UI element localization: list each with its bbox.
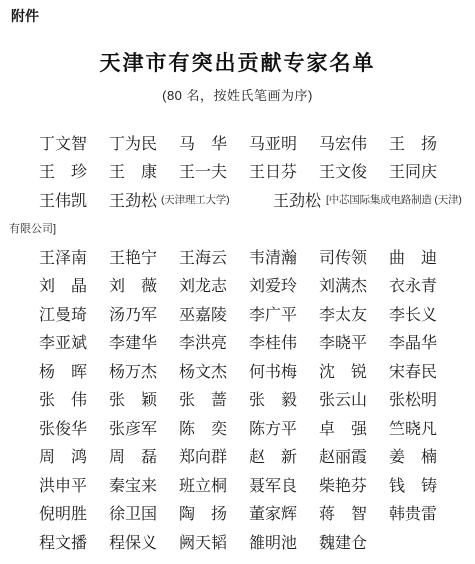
expert-name: 竺晓凡 [389, 416, 437, 439]
expert-name: 刘满杰 [319, 273, 367, 296]
expert-name: 宋春民 [389, 359, 437, 382]
expert-name: 王一夫 [179, 159, 227, 182]
expert-name: 周 鸿 [39, 444, 87, 467]
expert-name: 王 珍 [39, 159, 87, 182]
expert-name: 王泽南 [39, 245, 87, 268]
affiliation-note: (天津理工大学) [161, 192, 239, 207]
name-row: 王泽南王艳宁王海云韦清瀚司传领曲 迪 [39, 242, 437, 271]
expert-name: 韦清瀚 [249, 245, 297, 268]
expert-name: 程文播 [39, 530, 87, 553]
expert-name: 刘 晶 [39, 273, 87, 296]
expert-name: 沈 锐 [319, 359, 367, 382]
name-row: 王 珍王 康王一夫王日芬王文俊王同庆 [39, 157, 437, 186]
expert-name: 陶 扬 [179, 501, 227, 524]
expert-name: 李桂伟 [249, 330, 297, 353]
expert-name: 王海云 [179, 245, 227, 268]
expert-name: 李建华 [109, 330, 157, 353]
expert-name: 张云山 [319, 387, 367, 410]
expert-name: 秦宝来 [109, 473, 157, 496]
expert-name: 张 颖 [109, 387, 157, 410]
expert-name: 张彦军 [109, 416, 157, 439]
name-row: 周 鸿周 磊郑向群赵 新赵丽霞姜 楠 [39, 442, 437, 471]
attachment-label: 附件 [0, 0, 475, 25]
expert-name: 李晶华 [389, 330, 437, 353]
expert-name: 蒋 智 [319, 501, 367, 524]
expert-name: 江曼琦 [39, 302, 87, 325]
expert-name: 班立桐 [179, 473, 227, 496]
expert-name: 张俊华 [39, 416, 87, 439]
affiliation-note: [中芯国际集成电路制造 (天津) [326, 192, 462, 207]
affiliation-note-continuation: 有限公司] [0, 214, 475, 243]
expert-name: 雒明池 [249, 530, 297, 553]
expert-name: 李长义 [389, 302, 437, 325]
expert-name: 李太友 [319, 302, 367, 325]
special-name-row: 王伟凯 王劲松 (天津理工大学) 王劲松 [中芯国际集成电路制造 (天津) [0, 185, 475, 214]
page-title: 天津市有突出贡献专家名单 [0, 51, 475, 77]
expert-name: 张松明 [389, 387, 437, 410]
name-row: 杨 晖杨万杰杨文杰何书梅沈 锐宋春民 [39, 356, 437, 385]
document-page: 附件 天津市有突出贡献专家名单 (80 名，按姓氏笔画为序) 丁文智丁为民马 华… [0, 0, 475, 564]
expert-name: 柴艳芬 [319, 473, 367, 496]
expert-name: 丁文智 [39, 131, 87, 154]
expert-name: 卓 强 [319, 416, 367, 439]
expert-name: 丁为民 [109, 131, 157, 154]
expert-name: 周 磊 [109, 444, 157, 467]
expert-name: 姜 楠 [389, 444, 437, 467]
expert-name: 李晓平 [319, 330, 367, 353]
name-row: 丁文智丁为民马 华马亚明马宏伟王 扬 [39, 128, 437, 157]
expert-name: 刘 薇 [109, 273, 157, 296]
expert-name: 李洪亮 [179, 330, 227, 353]
expert-name: 李亚斌 [39, 330, 87, 353]
name-row: 张俊华张彦军陈 奕陈方平卓 强竺晓凡 [39, 413, 437, 442]
page-subtitle: (80 名，按姓氏笔画为序) [0, 88, 475, 104]
name-row: 倪明胜徐卫国陶 扬董家辉蒋 智韩贵雷 [39, 499, 437, 528]
expert-name: 聂军良 [249, 473, 297, 496]
expert-name: 衣永青 [389, 273, 437, 296]
expert-name: 阙天韬 [179, 530, 227, 553]
expert-name: 陈方平 [249, 416, 297, 439]
expert-name: 王文俊 [319, 159, 367, 182]
expert-name: 杨文杰 [179, 359, 227, 382]
name-row: 洪申平秦宝来班立桐聂军良柴艳芬钱 铸 [39, 470, 437, 499]
expert-name: 刘龙志 [179, 273, 227, 296]
expert-name: 董家辉 [249, 501, 297, 524]
expert-name: 赵 新 [249, 444, 297, 467]
expert-name: 王日芬 [249, 159, 297, 182]
expert-name: 张 蔷 [179, 387, 227, 410]
expert-name: 郑向群 [179, 444, 227, 467]
expert-name: 韩贵雷 [389, 501, 437, 524]
expert-name: 何书梅 [249, 359, 297, 382]
expert-name: 钱 铸 [389, 473, 437, 496]
expert-name: 王劲松 [273, 188, 321, 211]
expert-name: 曲 迪 [389, 245, 437, 268]
expert-name: 王同庆 [389, 159, 437, 182]
expert-name: 张 伟 [39, 387, 87, 410]
expert-name: 洪申平 [39, 473, 87, 496]
name-row: 程文播程保义阙天韬雒明池魏建仓 [39, 527, 437, 556]
expert-name: 杨 晖 [39, 359, 87, 382]
name-grid-top: 丁文智丁为民马 华马亚明马宏伟王 扬王 珍王 康王一夫王日芬王文俊王同庆 [0, 128, 475, 185]
expert-name: 汤乃军 [109, 302, 157, 325]
expert-name: 王劲松 [109, 188, 157, 211]
expert-name: 杨万杰 [109, 359, 157, 382]
expert-name: 刘爱玲 [249, 273, 297, 296]
name-row: 张 伟张 颖张 蔷张 毅张云山张松明 [39, 385, 437, 414]
name-grid-bottom: 王泽南王艳宁王海云韦清瀚司传领曲 迪刘 晶刘 薇刘龙志刘爱玲刘满杰衣永青江曼琦汤… [0, 242, 475, 556]
expert-name: 赵丽霞 [319, 444, 367, 467]
expert-name: 张 毅 [249, 387, 297, 410]
expert-name: 巫嘉陵 [179, 302, 227, 325]
expert-name: 马宏伟 [319, 131, 367, 154]
name-row: 刘 晶刘 薇刘龙志刘爱玲刘满杰衣永青 [39, 271, 437, 300]
expert-name: 司传领 [319, 245, 367, 268]
expert-name: 马亚明 [249, 131, 297, 154]
expert-name: 王 扬 [389, 131, 437, 154]
expert-name: 马 华 [179, 131, 227, 154]
name-row: 李亚斌李建华李洪亮李桂伟李晓平李晶华 [39, 328, 437, 357]
expert-name: 王 康 [109, 159, 157, 182]
name-row: 江曼琦汤乃军巫嘉陵李广平李太友李长义 [39, 299, 437, 328]
expert-name: 陈 奕 [179, 416, 227, 439]
expert-name: 李广平 [249, 302, 297, 325]
expert-name: 徐卫国 [109, 501, 157, 524]
expert-name: 王伟凯 [39, 188, 87, 211]
expert-name: 魏建仓 [319, 530, 367, 553]
expert-name: 程保义 [109, 530, 157, 553]
expert-name: 王艳宁 [109, 245, 157, 268]
expert-name: 倪明胜 [39, 501, 87, 524]
